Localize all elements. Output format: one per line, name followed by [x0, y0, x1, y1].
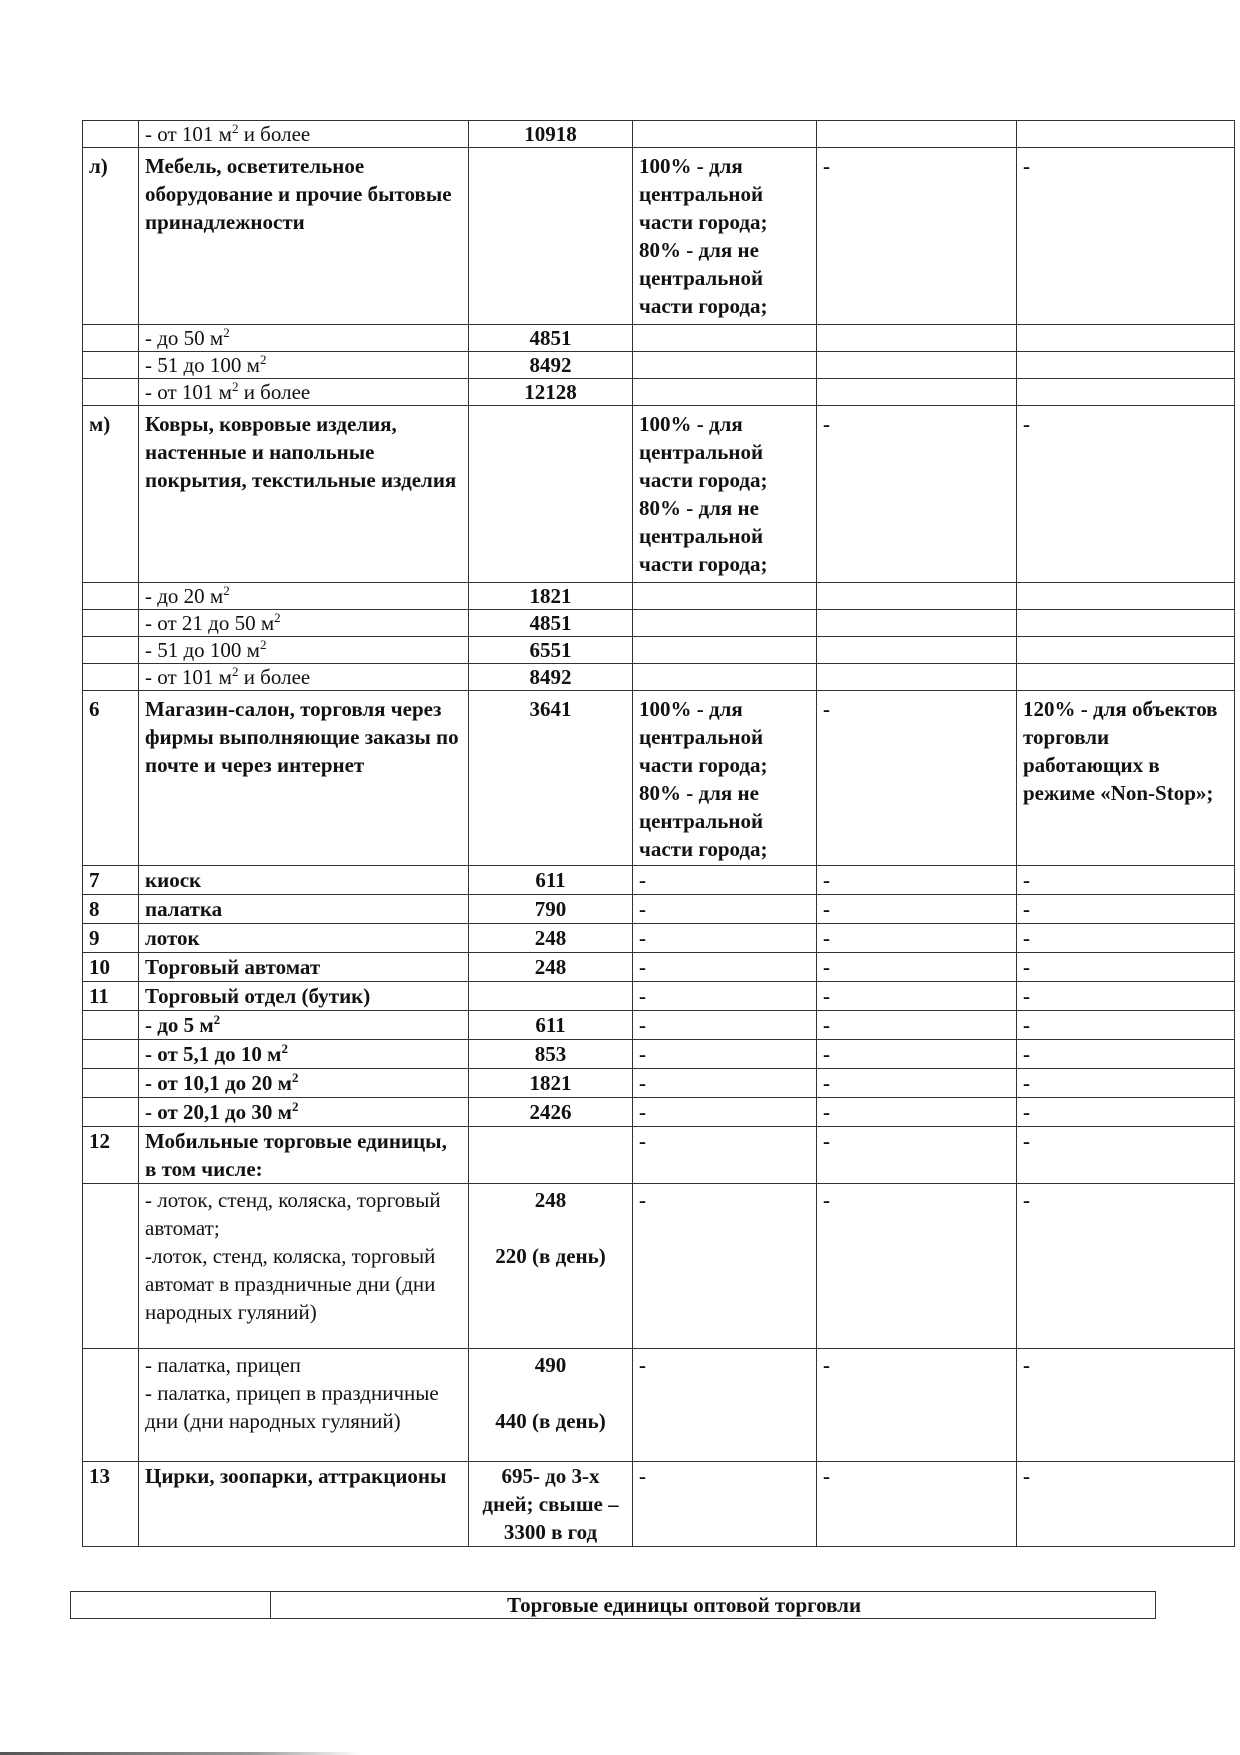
row-rate [469, 148, 633, 325]
table-row: л) Мебель, осветительное оборудование и … [83, 148, 1235, 325]
row-name: Торговый автомат [139, 953, 469, 982]
row-name: - палатка, прицеп- палатка, прицеп в пра… [139, 1349, 469, 1462]
coef-3: - [1017, 1462, 1235, 1547]
row-name: Цирки, зоопарки, аттракционы [139, 1462, 469, 1547]
row-rate: 248220 (в день) [469, 1184, 633, 1349]
row-rate [469, 982, 633, 1011]
coef-1: - [633, 1069, 817, 1098]
row-name: Мебель, осветительное оборудование и про… [139, 148, 469, 325]
coef-1: - [633, 1462, 817, 1547]
row-name: Мобильные торговые единицы, в том числе: [139, 1127, 469, 1184]
row-rate: 1821 [469, 583, 633, 610]
row-name: Магазин-салон, торговля через фирмы выпо… [139, 691, 469, 866]
row-name: - от 101 м2 и более [139, 664, 469, 691]
row-rate: 490440 (в день) [469, 1349, 633, 1462]
row-rate: 790 [469, 895, 633, 924]
row-rate: 611 [469, 866, 633, 895]
table-row: - до 20 м2 1821 [83, 583, 1235, 610]
table-row: - до 5 м2 611 - - - [83, 1011, 1235, 1040]
coef-3: - [1017, 1127, 1235, 1184]
row-name: - от 10,1 до 20 м2 [139, 1069, 469, 1098]
row-rate: 3641 [469, 691, 633, 866]
table-row: - от 101 м2 и более 8492 [83, 664, 1235, 691]
table-row: - до 50 м2 4851 [83, 325, 1235, 352]
coef-2: - [817, 406, 1017, 583]
table-row: 6 Магазин-салон, торговля через фирмы вы… [83, 691, 1235, 866]
coef-1: - [633, 1011, 817, 1040]
table-row: - 51 до 100 м2 6551 [83, 637, 1235, 664]
row-name: - от 101 м2 и более [139, 379, 469, 406]
coef-non-stop: 120% - для объектов торговли работающих … [1017, 691, 1235, 866]
section-header-table: Торговые единицы оптовой торговли [70, 1591, 1156, 1619]
row-number: м) [83, 406, 139, 583]
table-row: 7 киоск 611 - - - [83, 866, 1235, 895]
table-row: 12 Мобильные торговые единицы, в том чис… [83, 1127, 1235, 1184]
table-row: 13 Цирки, зоопарки, аттракционы 695- до … [83, 1462, 1235, 1547]
coef-1: - [633, 1349, 817, 1462]
row-rate: 2426 [469, 1098, 633, 1127]
coef-2: - [817, 1349, 1017, 1462]
coef-3: - [1017, 1069, 1235, 1098]
row-rate: 1821 [469, 1069, 633, 1098]
row-rate: 8492 [469, 664, 633, 691]
row-rate: 853 [469, 1040, 633, 1069]
table-row: - от 101 м2 и более 10918 [83, 121, 1235, 148]
row-name: палатка [139, 895, 469, 924]
coef-3: - [1017, 148, 1235, 325]
coef-1: - [633, 895, 817, 924]
row-name: - от 21 до 50 м2 [139, 610, 469, 637]
coef-1: - [633, 1127, 817, 1184]
coef-2: - [817, 982, 1017, 1011]
coef-2: - [817, 1011, 1017, 1040]
coef-1: - [633, 1184, 817, 1349]
row-name: - от 20,1 до 30 м2 [139, 1098, 469, 1127]
coef-3: - [1017, 982, 1235, 1011]
coef-3: - [1017, 406, 1235, 583]
row-number: 11 [83, 982, 139, 1011]
coef-central: 100% - для центральной части города; 80%… [633, 406, 817, 583]
table-row: - от 20,1 до 30 м2 2426 - - - [83, 1098, 1235, 1127]
row-name: киоск [139, 866, 469, 895]
row-rate: 8492 [469, 352, 633, 379]
coef-3: - [1017, 924, 1235, 953]
coef-3: - [1017, 1349, 1235, 1462]
coef-3: - [1017, 1098, 1235, 1127]
row-name: - до 50 м2 [139, 325, 469, 352]
coef-2: - [817, 1462, 1017, 1547]
row-name: - 51 до 100 м2 [139, 637, 469, 664]
row-rate: 4851 [469, 610, 633, 637]
coef-2: - [817, 895, 1017, 924]
row-name: - до 5 м2 [139, 1011, 469, 1040]
row-number: 6 [83, 691, 139, 866]
coef-2: - [817, 1069, 1017, 1098]
table-row: 8 палатка 790 - - - [83, 895, 1235, 924]
coef-3: - [1017, 1040, 1235, 1069]
coef-1: - [633, 924, 817, 953]
row-name: Торговый отдел (бутик) [139, 982, 469, 1011]
row-name: лоток [139, 924, 469, 953]
row-name: Ковры, ковровые изделия, настенные и нап… [139, 406, 469, 583]
table-row: - 51 до 100 м2 8492 [83, 352, 1235, 379]
coef-2: - [817, 924, 1017, 953]
scanned-document-page: - от 101 м2 и более 10918 л) Мебель, осв… [0, 0, 1240, 1755]
coef-2: - [817, 866, 1017, 895]
coef-central: 100% - для центральной части города; 80%… [633, 691, 817, 866]
row-number: 13 [83, 1462, 139, 1547]
row-rate: 12128 [469, 379, 633, 406]
coef-1: - [633, 982, 817, 1011]
table-row: - от 10,1 до 20 м2 1821 - - - [83, 1069, 1235, 1098]
coef-3: - [1017, 895, 1235, 924]
table-row: 10 Торговый автомат 248 - - - [83, 953, 1235, 982]
coef-central: 100% - для центральной части города; 80%… [633, 148, 817, 325]
row-name: - лоток, стенд, коляска, торговый автома… [139, 1184, 469, 1349]
row-number: 7 [83, 866, 139, 895]
coef-2: - [817, 148, 1017, 325]
row-number: 9 [83, 924, 139, 953]
coef-2: - [817, 1040, 1017, 1069]
coef-1: - [633, 866, 817, 895]
row-number [83, 121, 139, 148]
coef-1: - [633, 1098, 817, 1127]
coef-2: - [817, 1098, 1017, 1127]
tariff-table: - от 101 м2 и более 10918 л) Мебель, осв… [82, 120, 1235, 1547]
row-rate: 695- до 3-х дней; свыше – 3300 в год [469, 1462, 633, 1547]
table-row: - палатка, прицеп- палатка, прицеп в пра… [83, 1349, 1235, 1462]
coef-3: - [1017, 866, 1235, 895]
section-title: Торговые единицы оптовой торговли [271, 1592, 1156, 1619]
table-row: - лоток, стенд, коляска, торговый автома… [83, 1184, 1235, 1349]
row-name: - до 20 м2 [139, 583, 469, 610]
coef-1: - [633, 953, 817, 982]
table-row: 9 лоток 248 - - - [83, 924, 1235, 953]
row-rate: 4851 [469, 325, 633, 352]
coef-2: - [817, 1184, 1017, 1349]
row-rate [469, 406, 633, 583]
table-row: 11 Торговый отдел (бутик) - - - [83, 982, 1235, 1011]
row-rate: 248 [469, 953, 633, 982]
row-rate: 6551 [469, 637, 633, 664]
coef-2: - [817, 1127, 1017, 1184]
row-rate: 10918 [469, 121, 633, 148]
row-name: - от 5,1 до 10 м2 [139, 1040, 469, 1069]
row-number: 12 [83, 1127, 139, 1184]
coef-3: - [1017, 1011, 1235, 1040]
coef-3: - [1017, 953, 1235, 982]
coef-1: - [633, 1040, 817, 1069]
table-row: - от 101 м2 и более 12128 [83, 379, 1235, 406]
row-number: 8 [83, 895, 139, 924]
row-name: - от 101 м2 и более [139, 121, 469, 148]
row-rate: 248 [469, 924, 633, 953]
table-row: - от 21 до 50 м2 4851 [83, 610, 1235, 637]
row-rate: 611 [469, 1011, 633, 1040]
table-row: м) Ковры, ковровые изделия, настенные и … [83, 406, 1235, 583]
coef-3: - [1017, 1184, 1235, 1349]
row-number: л) [83, 148, 139, 325]
coef-2: - [817, 691, 1017, 866]
table-row: - от 5,1 до 10 м2 853 - - - [83, 1040, 1235, 1069]
row-rate [469, 1127, 633, 1184]
coef-2: - [817, 953, 1017, 982]
row-number: 10 [83, 953, 139, 982]
row-name: - 51 до 100 м2 [139, 352, 469, 379]
